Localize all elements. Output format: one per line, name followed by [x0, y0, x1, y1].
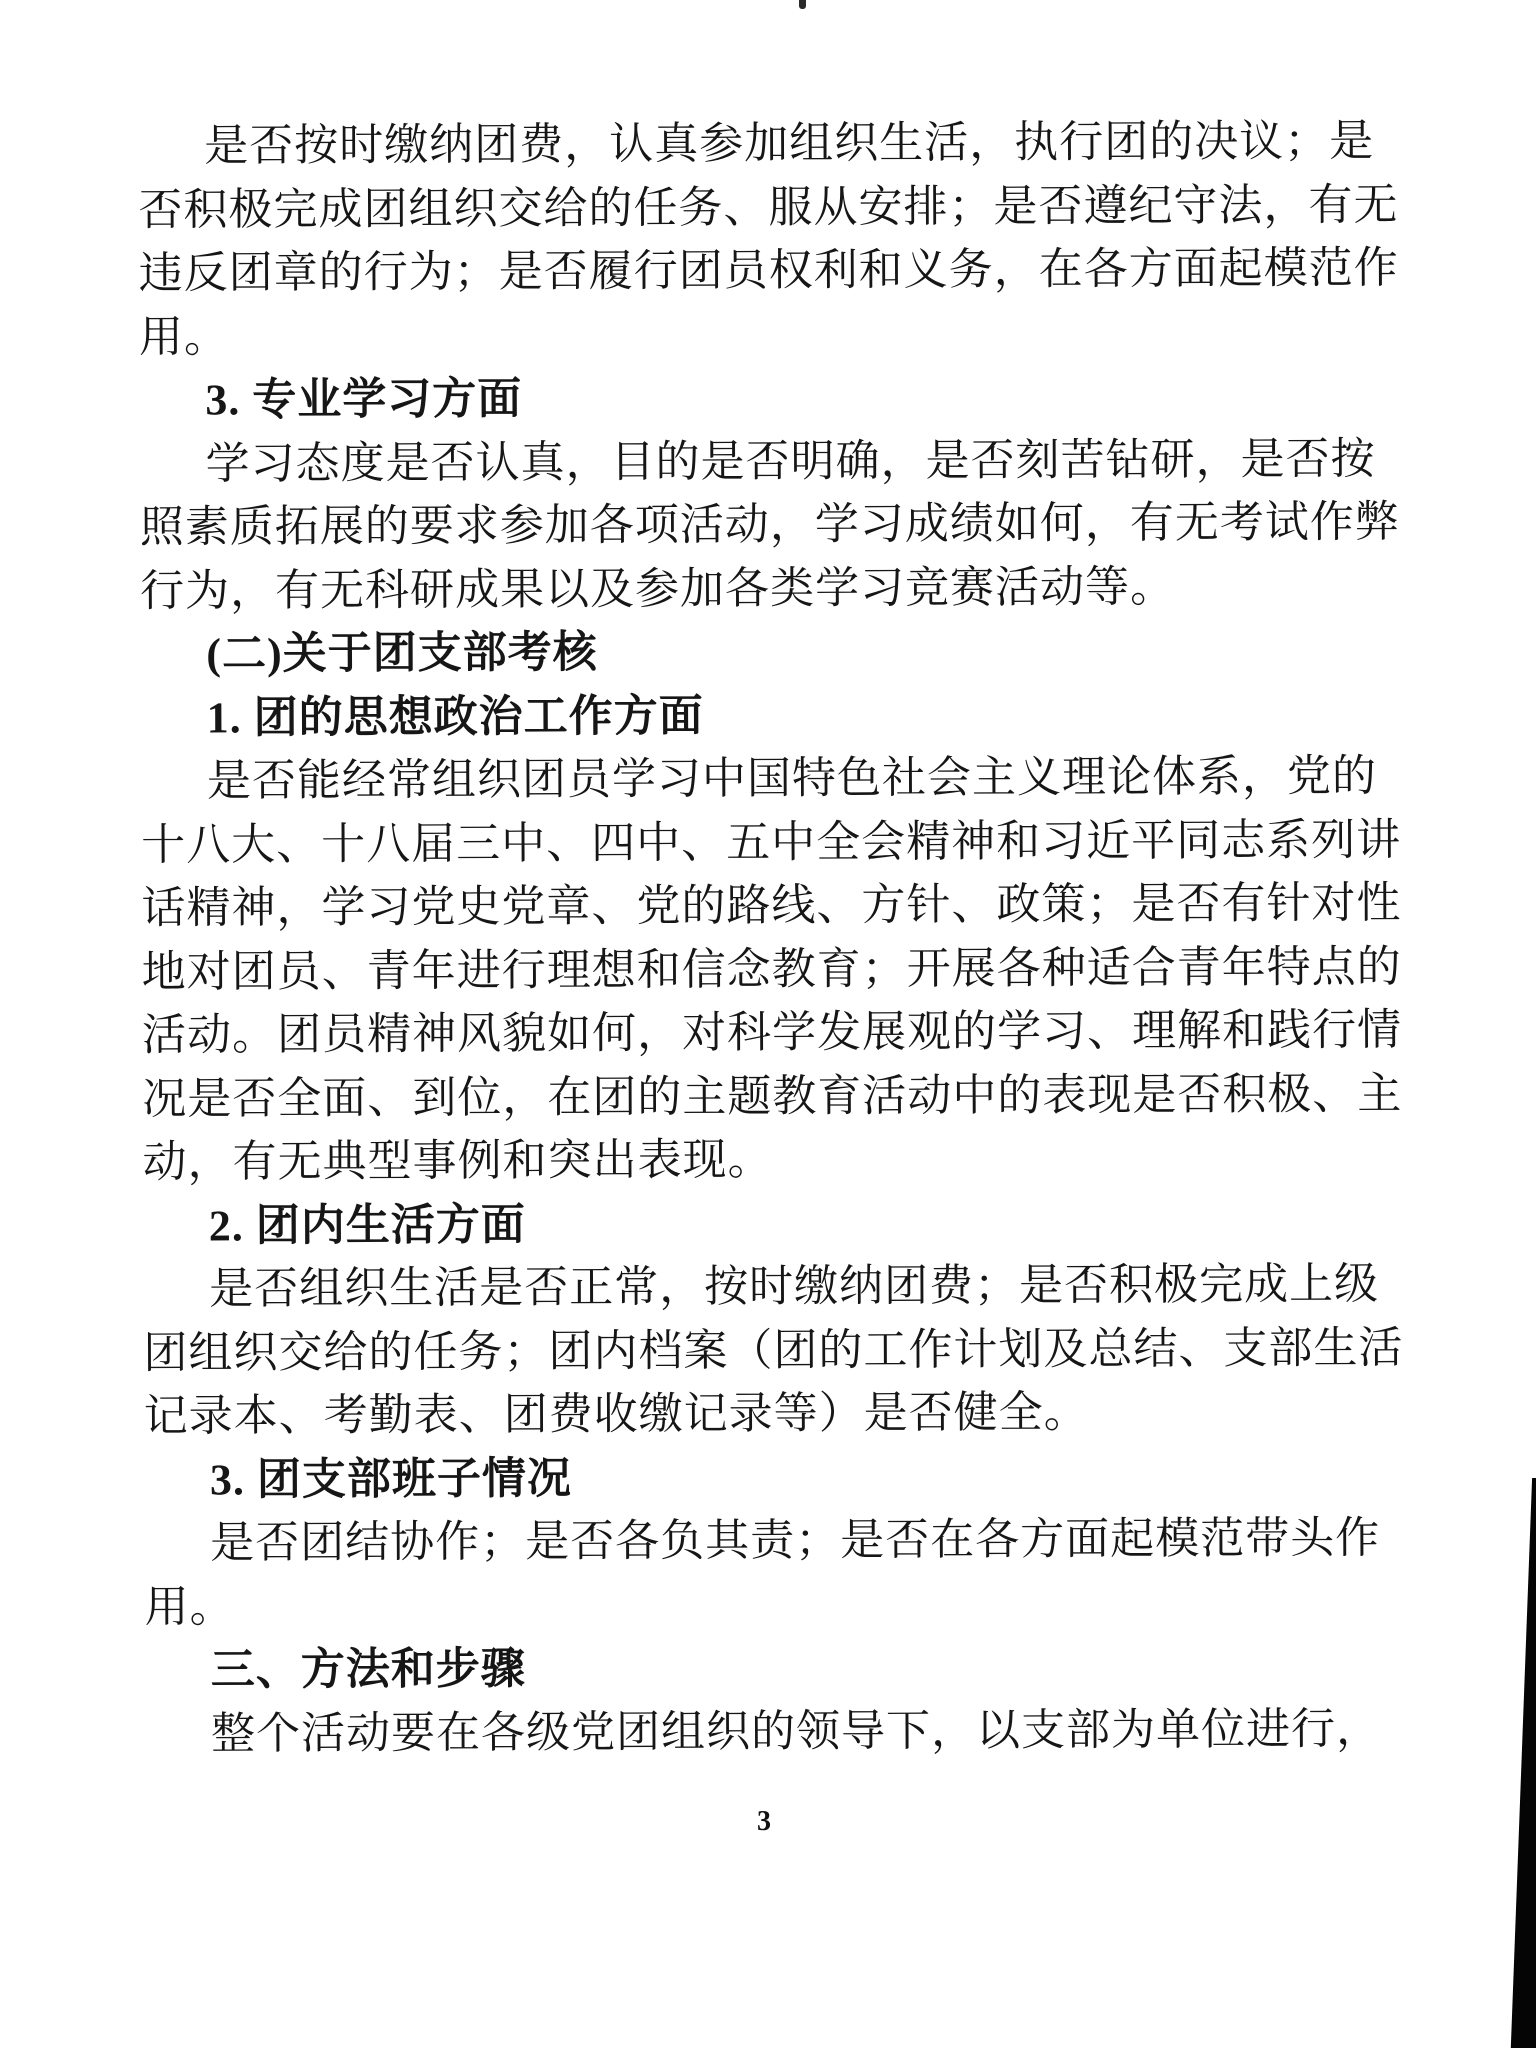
text-line: 用。: [139, 300, 1429, 369]
text-line: 是否团结协作；是否各负其责；是否在各方面起模范带头作: [144, 1506, 1434, 1575]
text-line: 照素质拓展的要求参加各项活动，学习成绩如何，有无考试作弊: [140, 490, 1430, 559]
text-line: 违反团章的行为；是否履行团员权利和义务，在各方面起模范作: [139, 236, 1429, 305]
text-line: 否积极完成团组织交给的任务、服从安排；是否遵纪守法，有无: [138, 173, 1428, 242]
document-body: 是否按时缴纳团费，认真参加组织生活，执行团的决议；是否积极完成团组织交给的任务、…: [138, 109, 1435, 1766]
text-line: 活动。团员精神风貌如何，对科学发展观的学习、理解和践行情: [142, 998, 1432, 1067]
text-line: (二)关于团支部考核: [140, 617, 1430, 686]
text-line: 是否按时缴纳团费，认真参加组织生活，执行团的决议；是: [138, 109, 1428, 178]
text-line: 用。: [144, 1570, 1434, 1639]
text-line: 三、方法和步骤: [145, 1633, 1435, 1702]
text-line: 地对团员、青年进行理想和信念教育；开展各种适合青年特点的: [142, 935, 1432, 1004]
text-line: 是否能经常组织团员学习中国特色社会主义理论体系，党的: [141, 744, 1431, 813]
scan-speck-artifact: [799, 0, 806, 9]
text-line: 3. 团支部班子情况: [144, 1443, 1434, 1512]
text-line: 2. 团内生活方面: [143, 1189, 1433, 1258]
text-line: 记录本、考勤表、团费收缴记录等）是否健全。: [144, 1379, 1434, 1448]
text-line: 整个活动要在各级党团组织的领导下，以支部为单位进行，: [145, 1697, 1435, 1766]
text-line: 况是否全面、到位，在团的主题教育活动中的表现是否积极、主: [142, 1062, 1432, 1131]
scan-edge-artifact: [1506, 1478, 1536, 2048]
text-line: 行为，有无科研成果以及参加各类学习竞赛活动等。: [140, 554, 1430, 623]
text-line: 3. 专业学习方面: [139, 363, 1429, 432]
text-line: 学习态度是否认真，目的是否明确，是否刻苦钻研，是否按: [139, 427, 1429, 496]
page-number: 3: [744, 1806, 784, 1838]
text-line: 动，有无典型事例和突出表现。: [142, 1125, 1432, 1194]
text-line: 十八大、十八届三中、四中、五中全会精神和习近平同志系列讲: [141, 808, 1431, 877]
text-line: 1. 团的思想政治工作方面: [140, 681, 1430, 750]
text-line: 是否组织生活是否正常，按时缴纳团费；是否积极完成上级: [143, 1252, 1433, 1321]
text-line: 话精神，学习党史党章、党的路线、方针、政策；是否有针对性: [141, 871, 1431, 940]
document-page: 是否按时缴纳团费，认真参加组织生活，执行团的决议；是否积极完成团组织交给的任务、…: [0, 0, 1536, 2048]
text-line: 团组织交给的任务；团内档案（团的工作计划及总结、支部生活: [143, 1316, 1433, 1385]
